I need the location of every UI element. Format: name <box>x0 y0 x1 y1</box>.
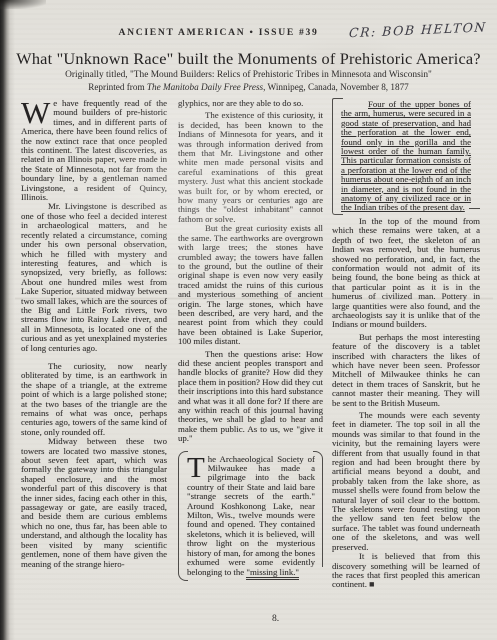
reprint-credit-line: Reprinted from The Manitoba Daily Free P… <box>8 82 489 92</box>
press-name: The Manitoba Daily Free Press <box>147 82 263 92</box>
hand-bracket-top-right <box>455 97 480 112</box>
paragraph: Then the questions arise: How did these … <box>178 350 323 444</box>
paragraph: The Archaeological Society of Milwaukee … <box>187 455 315 577</box>
paragraph: Mr. Livingstone is described as one of t… <box>21 202 167 353</box>
column-3: Four of the upper bones of the arm, hume… <box>332 97 480 633</box>
scanned-article-page: ANCIENT AMERICAN • ISSUE #39 CR: BOB HEL… <box>0 0 497 640</box>
paragraph: We have frequently read of the mound bui… <box>21 99 167 202</box>
paragraph: But the great curiosity exists all the s… <box>178 224 323 346</box>
paragraph: glyphics, nor are they able to do so. <box>178 99 323 108</box>
column-2: glyphics, nor are they able to do so. Th… <box>178 99 323 632</box>
page-number: 8. <box>272 613 279 624</box>
marked-passage-society: The Archaeological Society of Milwaukee … <box>178 451 323 582</box>
hand-bracket-right <box>313 451 323 568</box>
handwritten-note: CR: BOB HELTON <box>349 19 497 41</box>
marked-passage-humerus: Four of the upper bones of the arm, hume… <box>332 97 480 217</box>
scan-smudge <box>0 0 46 9</box>
scan-edge-shadow <box>0 0 15 640</box>
paragraph: In the top of the mound from which these… <box>332 217 480 330</box>
paragraph: It is believed that from this discovery … <box>332 552 480 590</box>
hand-bracket-left <box>178 451 188 581</box>
paragraph: The existence of this curiosity, it is d… <box>178 111 323 224</box>
article-title: What "Unknown Race" built the Monuments … <box>8 49 489 69</box>
double-underlined-phrase: "missing link." <box>246 567 299 580</box>
paragraph: The mounds were each seventy feet in dia… <box>332 411 480 552</box>
hand-bracket-left <box>332 98 343 215</box>
underlined-paragraph: Four of the upper bones of the arm, hume… <box>341 100 471 213</box>
paragraph: Midway between these two towers are loca… <box>21 437 167 569</box>
paragraph: But perhaps the most interesting feature… <box>332 333 480 408</box>
original-title-line: Originally titled, "The Mound Builders: … <box>8 70 489 80</box>
reprint-prefix: Reprinted from <box>88 82 147 92</box>
reprint-suffix: , Winnipeg, Canada, November 8, 1877 <box>263 82 409 92</box>
dropcap-w: W <box>21 99 53 126</box>
column-1: We have frequently read of the mound bui… <box>21 99 167 632</box>
hand-bracket-dash <box>469 208 480 209</box>
paragraph: The curiosity, now nearly obliterated by… <box>21 362 167 437</box>
dropcap-t: T <box>187 455 208 481</box>
